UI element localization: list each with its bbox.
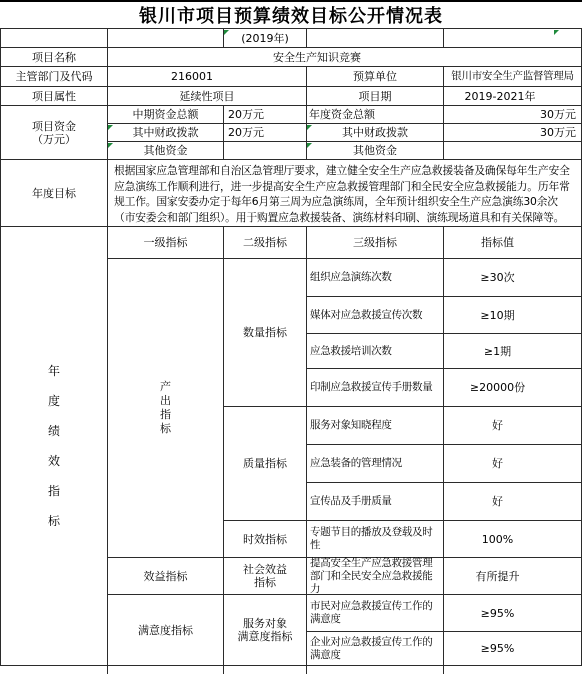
indicator-value: ≥1期	[443, 333, 582, 369]
level2-social-benefit: 社会效益 指标	[223, 557, 307, 595]
indicator-value: 好	[443, 444, 582, 483]
fund-row1-left-label: 中期资金总额	[107, 105, 224, 124]
indicator-value: ≥95%	[443, 594, 582, 632]
level2-timeliness: 时效指标	[223, 520, 307, 558]
header-level1: 一级指标	[107, 226, 224, 259]
fund-row2-left-value: 20万元	[223, 123, 307, 142]
indicator-name: 提高安全生产应急救援管理部门和全民安全应急救援能力	[306, 557, 444, 595]
fund-row3-right-label: 其他资金	[306, 141, 444, 160]
indicator-value: 有所提升	[443, 557, 582, 595]
dept-label: 主管部门及代码	[0, 66, 108, 87]
indicator-value: ≥20000份	[443, 368, 582, 407]
fund-row3-right-value	[443, 141, 582, 160]
indicator-value: ≥30次	[443, 258, 582, 297]
fund-row3-left-label: 其他资金	[107, 141, 224, 160]
project-name-value: 安全生产知识竞赛	[107, 47, 582, 67]
fund-row3-left-value	[223, 141, 307, 160]
indicator-value: 好	[443, 406, 582, 445]
indicator-name: 印制应急救援宣传手册数量	[306, 368, 444, 407]
year-row-empty-cell-2	[107, 28, 224, 48]
year-row-empty-cell-1	[0, 28, 108, 48]
excel-flag-triangle	[307, 143, 312, 148]
indicator-name: 宣传品及手册质量	[306, 482, 444, 521]
project-period-label: 项目期	[306, 86, 444, 106]
fund-row1-right-value: 30万元	[443, 105, 582, 124]
indicator-value: 好	[443, 482, 582, 521]
dept-code: 216001	[107, 66, 307, 87]
performance-side-label: 年 度 绩 效 指 标	[0, 226, 108, 666]
indicator-name: 应急装备的管理情况	[306, 444, 444, 483]
budget-unit-label: 预算单位	[306, 66, 444, 87]
indicator-name: 组织应急演练次数	[306, 258, 444, 297]
page-title: 银川市项目预算绩效目标公开情况表	[0, 2, 582, 28]
indicator-value: ≥10期	[443, 296, 582, 334]
project-name-label: 项目名称	[0, 47, 108, 67]
excel-flag-triangle	[108, 143, 113, 148]
level2-quality: 质量指标	[223, 406, 307, 521]
year-row-empty-cell-4	[443, 28, 582, 48]
level1-output-indicators: 产 出 指 标	[107, 258, 224, 558]
level2-quantity: 数量指标	[223, 258, 307, 407]
indicator-name: 服务对象知晓程度	[306, 406, 444, 445]
fund-row2-right-value: 30万元	[443, 123, 582, 142]
indicator-value: ≥95%	[443, 631, 582, 666]
gridline-stub	[443, 665, 444, 674]
indicator-name: 应急救援培训次数	[306, 333, 444, 369]
annual-goal-text: 根据国家应急管理部和自治区急管理厅要求，建立健全安全生产应急救援装备及确保每年生…	[107, 159, 582, 227]
indicator-name: 市民对应急救援宣传工作的满意度	[306, 594, 444, 632]
fund-row1-right-label: 年度资金总额	[306, 105, 444, 124]
fund-row1-left-value: 20万元	[223, 105, 307, 124]
budget-performance-table-page: 银川市项目预算绩效目标公开情况表 (2019年) 项目名称 安全生产知识竞赛 主…	[0, 0, 582, 674]
excel-flag-triangle	[108, 125, 113, 130]
fund-row2-right-label: 其中财政拨款	[306, 123, 444, 142]
excel-flag-triangle	[224, 30, 229, 35]
project-attr-label: 项目属性	[0, 86, 108, 106]
year-cell: (2019年)	[223, 28, 307, 48]
project-period-value: 2019-2021年	[443, 86, 582, 106]
indicator-name: 专题节目的播放及登载及时性	[306, 520, 444, 558]
annual-goal-label: 年度目标	[0, 159, 108, 227]
project-attr-value: 延续性项目	[107, 86, 307, 106]
gridline-stub	[306, 665, 307, 674]
excel-flag-triangle	[307, 125, 312, 130]
level1-satisfaction-indicators: 满意度指标	[107, 594, 224, 666]
gridline-stub	[223, 665, 224, 674]
header-level3: 三级指标	[306, 226, 444, 259]
excel-flag-triangle	[554, 30, 559, 35]
level1-benefit-indicators: 效益指标	[107, 557, 224, 595]
fund-row2-left-label: 其中财政拨款	[107, 123, 224, 142]
indicator-name: 媒体对应急救援宣传次数	[306, 296, 444, 334]
year-row-empty-cell-3	[306, 28, 444, 48]
funds-section-label: 项目资金 （万元）	[0, 105, 108, 160]
level2-service-satisfaction: 服务对象 满意度指标	[223, 594, 307, 666]
gridline-stub	[107, 665, 108, 674]
indicator-name: 企业对应急救援宣传工作的满意度	[306, 631, 444, 666]
indicator-value: 100%	[443, 520, 582, 558]
header-value: 指标值	[443, 226, 582, 259]
header-level2: 二级指标	[223, 226, 307, 259]
budget-unit-value: 银川市安全生产监督管理局	[443, 66, 582, 87]
